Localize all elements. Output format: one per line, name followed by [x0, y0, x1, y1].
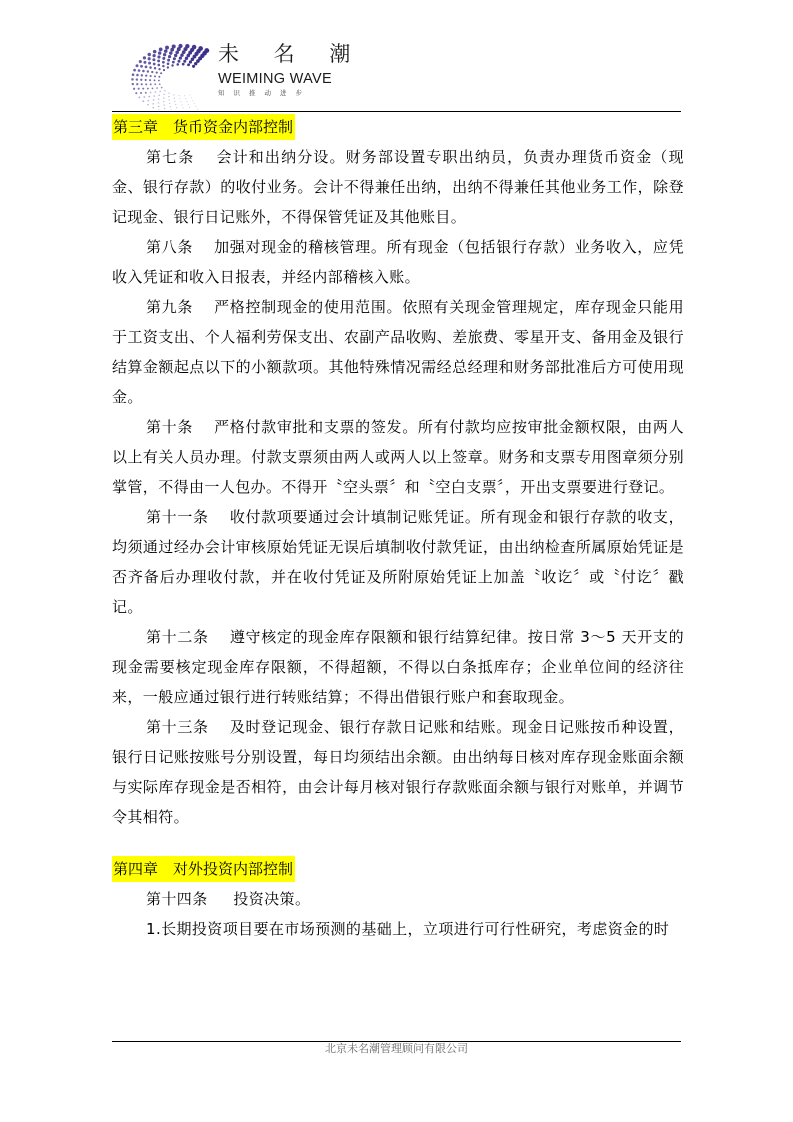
- page-header: 未 名 潮 WEIMING WAVE 知识推动进步: [112, 36, 682, 112]
- document-body: 第三章 货币资金内部控制 第七条 会计和出纳分设。财务部设置专职出纳员，负责办理…: [112, 114, 684, 944]
- article-13: 第十三条 及时登记现金、银行存款日记账和结账。现金日记账按币种设置，银行日记账按…: [112, 712, 684, 832]
- article-number: 第七条: [146, 148, 194, 166]
- article-number: 第十二条: [146, 628, 209, 646]
- header-divider: [112, 111, 681, 112]
- article-number: 第十条: [146, 418, 193, 436]
- article-number: 第十一条: [146, 508, 209, 526]
- footer-company: 北京未名潮管理顾问有限公司: [112, 1042, 681, 1056]
- logo-text: 未 名 潮 WEIMING WAVE 知识推动进步: [218, 42, 364, 98]
- wave-dots-logo-icon: [122, 40, 222, 110]
- chapter-heading: 第四章 对外投资内部控制: [112, 856, 295, 882]
- chapter-3: 第三章 货币资金内部控制 第七条 会计和出纳分设。财务部设置专职出纳员，负责办理…: [112, 114, 684, 832]
- article-text: 1.长期投资项目要在市场预测的基础上，立项进行可行性研究，考虑资金的时: [146, 920, 669, 938]
- article-number: 第十四条: [146, 890, 208, 908]
- article-12: 第十二条 遵守核定的现金库存限额和银行结算纪律。按日常 3～5 天开支的现金需要…: [112, 622, 684, 712]
- article-14-item-1: 1.长期投资项目要在市场预测的基础上，立项进行可行性研究，考虑资金的时: [112, 914, 684, 944]
- chapter-heading: 第三章 货币资金内部控制: [112, 114, 295, 140]
- article-14: 第十四条 投资决策。: [112, 884, 684, 914]
- article-number: 第十三条: [146, 718, 209, 736]
- article-text: 投资决策。: [233, 890, 310, 908]
- article-11: 第十一条 收付款项要通过会计填制记账凭证。所有现金和银行存款的收支，均须通过经办…: [112, 502, 684, 622]
- logo-name-en: WEIMING WAVE: [218, 70, 364, 88]
- document-page: 未 名 潮 WEIMING WAVE 知识推动进步 第三章 货币资金内部控制 第…: [0, 0, 793, 1122]
- section-spacer: [112, 832, 684, 856]
- article-8: 第八条 加强对现金的稽核管理。所有现金（包括银行存款）业务收入，应凭收入凭证和收…: [112, 232, 684, 292]
- logo-name-cn: 未 名 潮: [218, 42, 364, 66]
- article-7: 第七条 会计和出纳分设。财务部设置专职出纳员，负责办理货币资金（现金、银行存款）…: [112, 142, 684, 232]
- article-10: 第十条 严格付款审批和支票的签发。所有付款均应按审批金额权限，由两人以上有关人员…: [112, 412, 684, 502]
- article-number: 第九条: [146, 298, 193, 316]
- article-9: 第九条 严格控制现金的使用范围。依照有关现金管理规定，库存现金只能用于工资支出、…: [112, 292, 684, 412]
- chapter-4: 第四章 对外投资内部控制 第十四条 投资决策。 1.长期投资项目要在市场预测的基…: [112, 856, 684, 944]
- article-number: 第八条: [146, 238, 193, 256]
- logo-slogan: 知识推动进步: [218, 89, 364, 98]
